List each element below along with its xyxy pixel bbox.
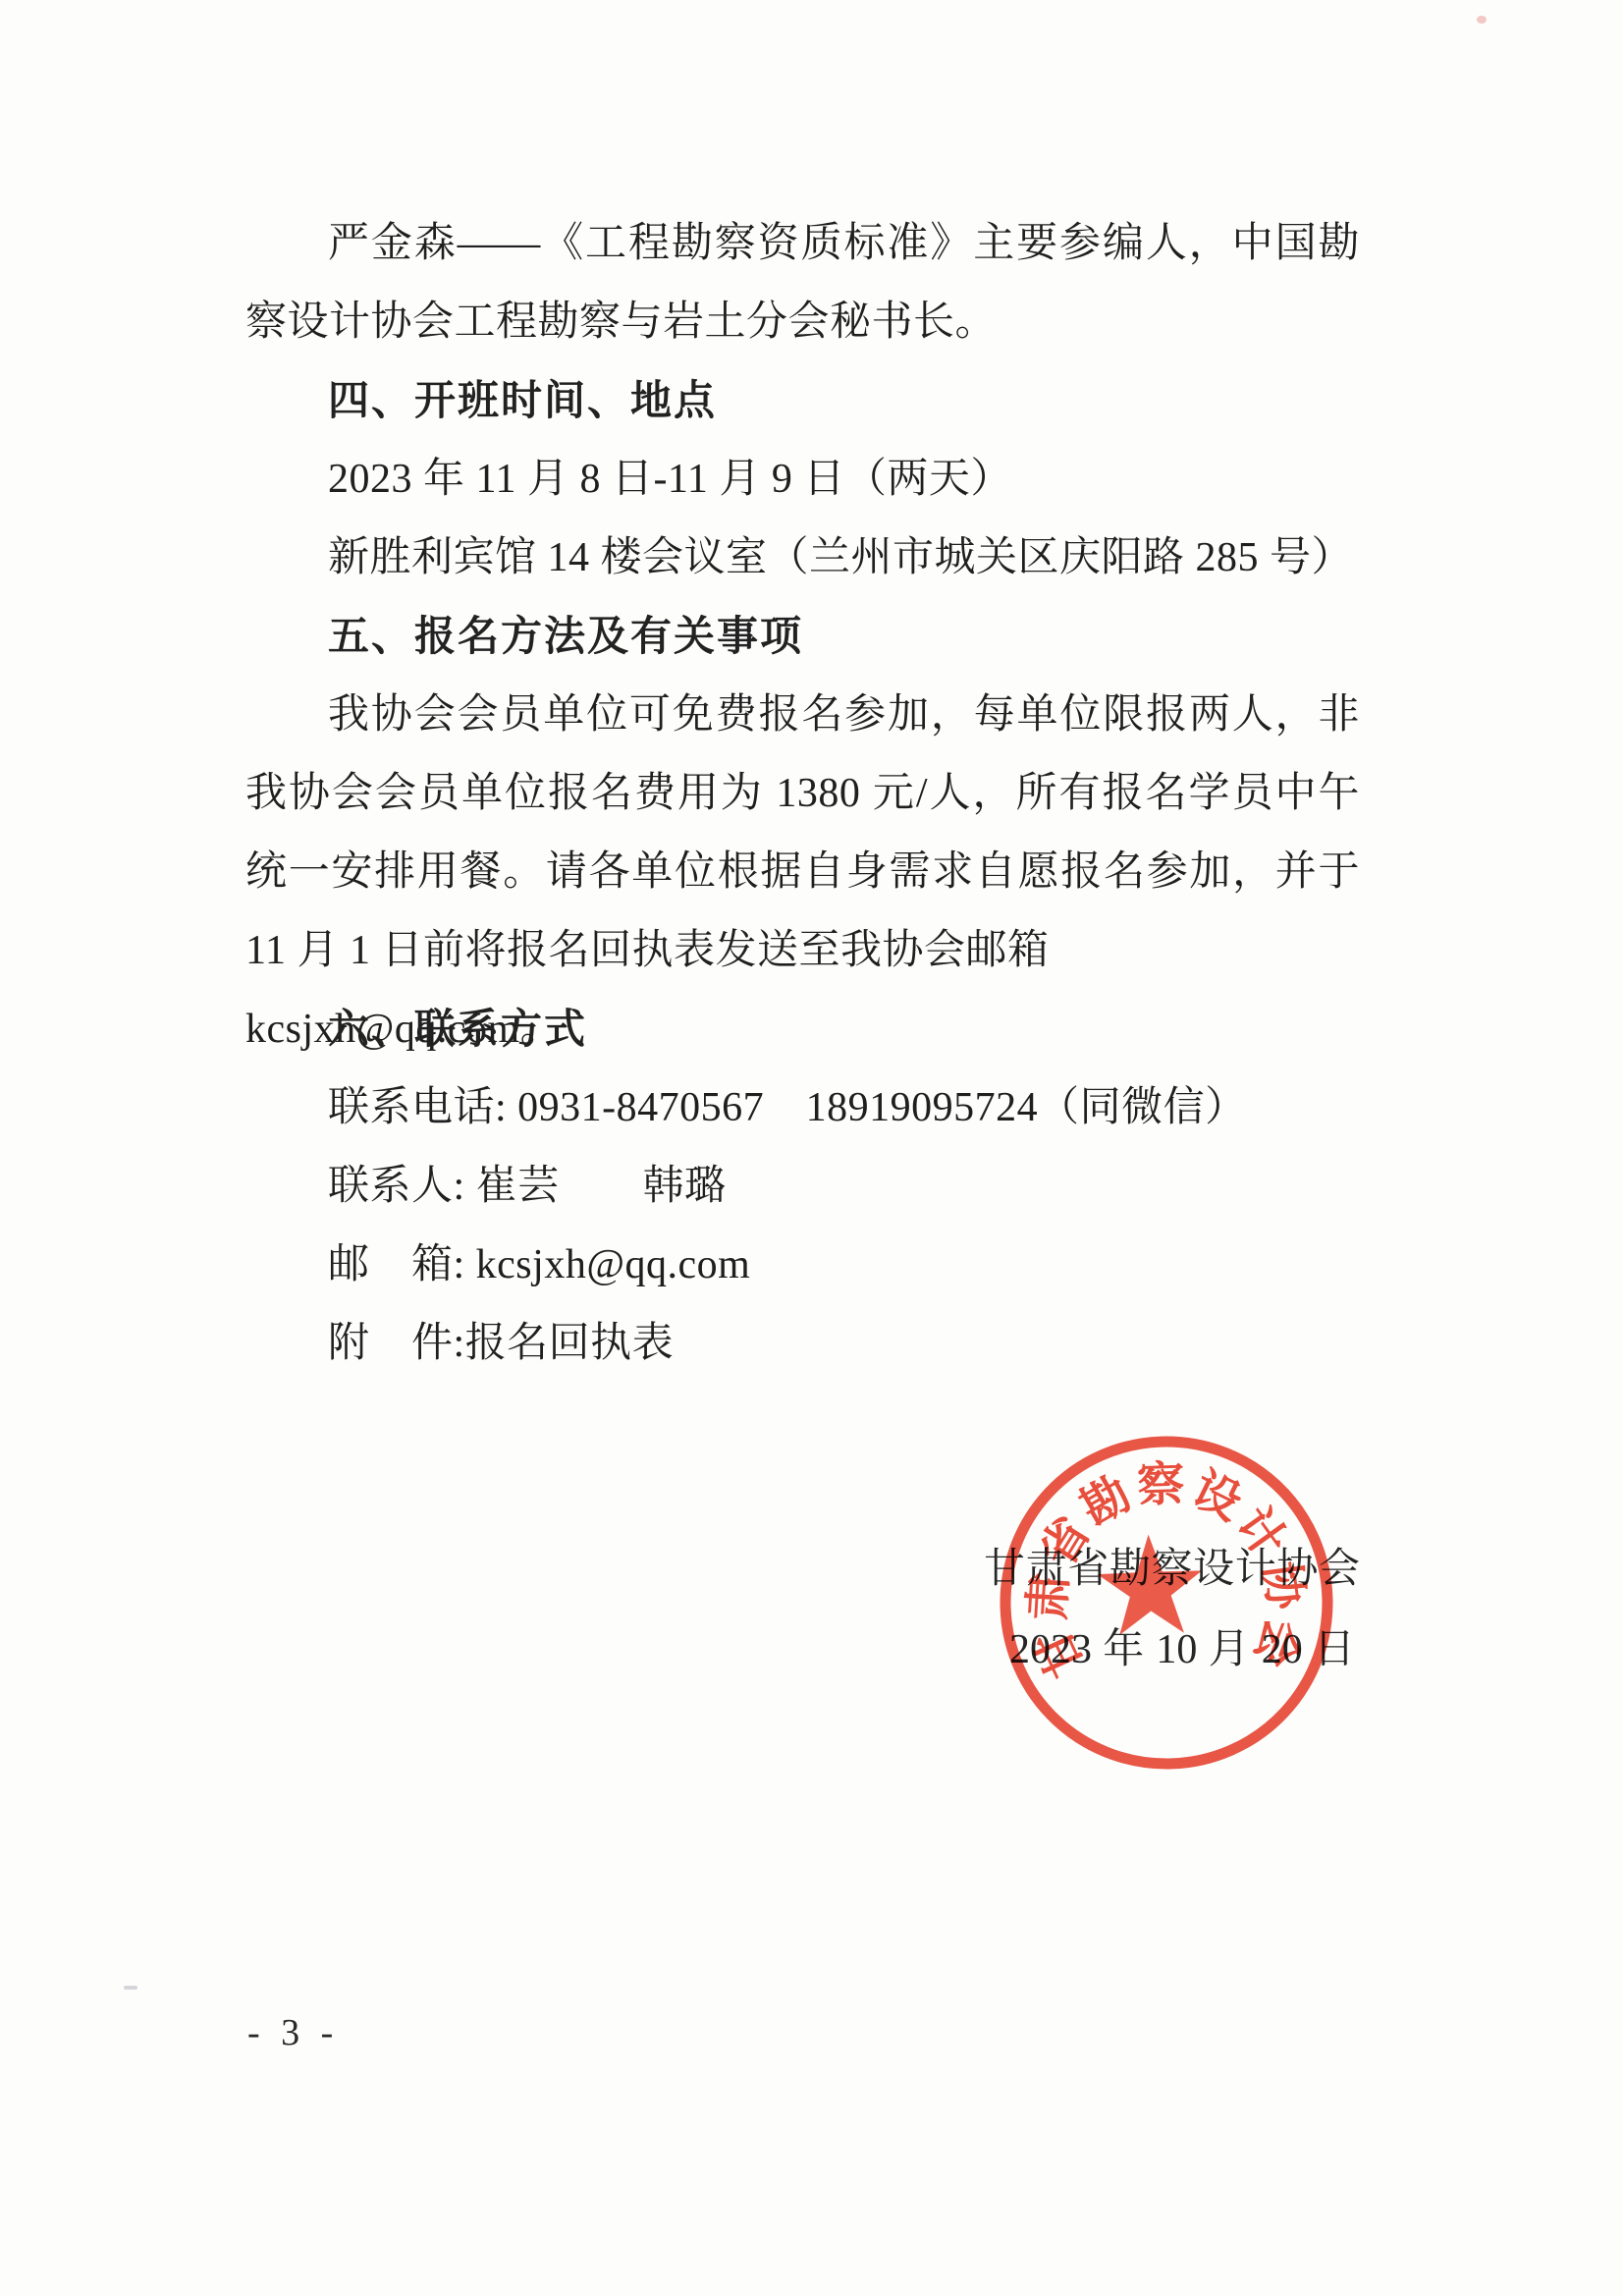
text-line: 察设计协会工程勘察与岩土分会秘书长。 [245,283,1360,361]
document-text-block: 严金森——《工程勘察资质标准》主要参编人，中国勘察设计协会工程勘察与岩土分会秘书… [245,204,1360,1383]
text-line: 联系人: 崔芸 韩璐 [245,1147,1360,1226]
scan-speck [1477,16,1487,24]
section-heading: 五、报名方法及有关事项 [245,597,1360,676]
text-line: 2023 年 11 月 8 日-11 月 9 日（两天） [245,440,1360,519]
official-seal-stamp: 甘肃省勘察设计协会 [984,1420,1349,1785]
text-line: 统一安排用餐。请各单位根据自身需求自愿报名参加，并于 [245,833,1360,911]
svg-text:甘肃省勘察设计协会: 甘肃省勘察设计协会 [1016,1454,1314,1686]
scan-speck [124,1986,137,1990]
text-line: 附 件:报名回执表 [245,1304,1360,1383]
text-line: 我协会会员单位可免费报名参加，每单位限报两人，非 [245,676,1360,754]
seal-graphic: 甘肃省勘察设计协会 [984,1420,1349,1785]
text-line: 新胜利宾馆 14 楼会议室（兰州市城关区庆阳路 285 号） [245,519,1360,597]
text-line: 11 月 1 日前将报名回执表发送至我协会邮箱 kcsjxh@qq.com。 [245,911,1360,990]
scanned-document-page: 严金森——《工程勘察资质标准》主要参编人，中国勘察设计协会工程勘察与岩土分会秘书… [0,0,1623,2296]
section-heading: 四、开班时间、地点 [245,361,1360,440]
text-line: 联系电话: 0931-8470567 18919095724（同微信） [245,1068,1360,1147]
section-heading: 六、联系方式 [245,990,1360,1068]
text-line: 邮 箱: kcsjxh@qq.com [245,1226,1360,1304]
text-line: 我协会会员单位报名费用为 1380 元/人，所有报名学员中午 [245,754,1360,833]
seal-ring-text: 甘肃省勘察设计协会 [1016,1454,1314,1686]
red-star-icon [1096,1533,1204,1636]
page-number: - 3 - [247,2011,339,2054]
text-line: 严金森——《工程勘察资质标准》主要参编人，中国勘 [245,204,1360,283]
